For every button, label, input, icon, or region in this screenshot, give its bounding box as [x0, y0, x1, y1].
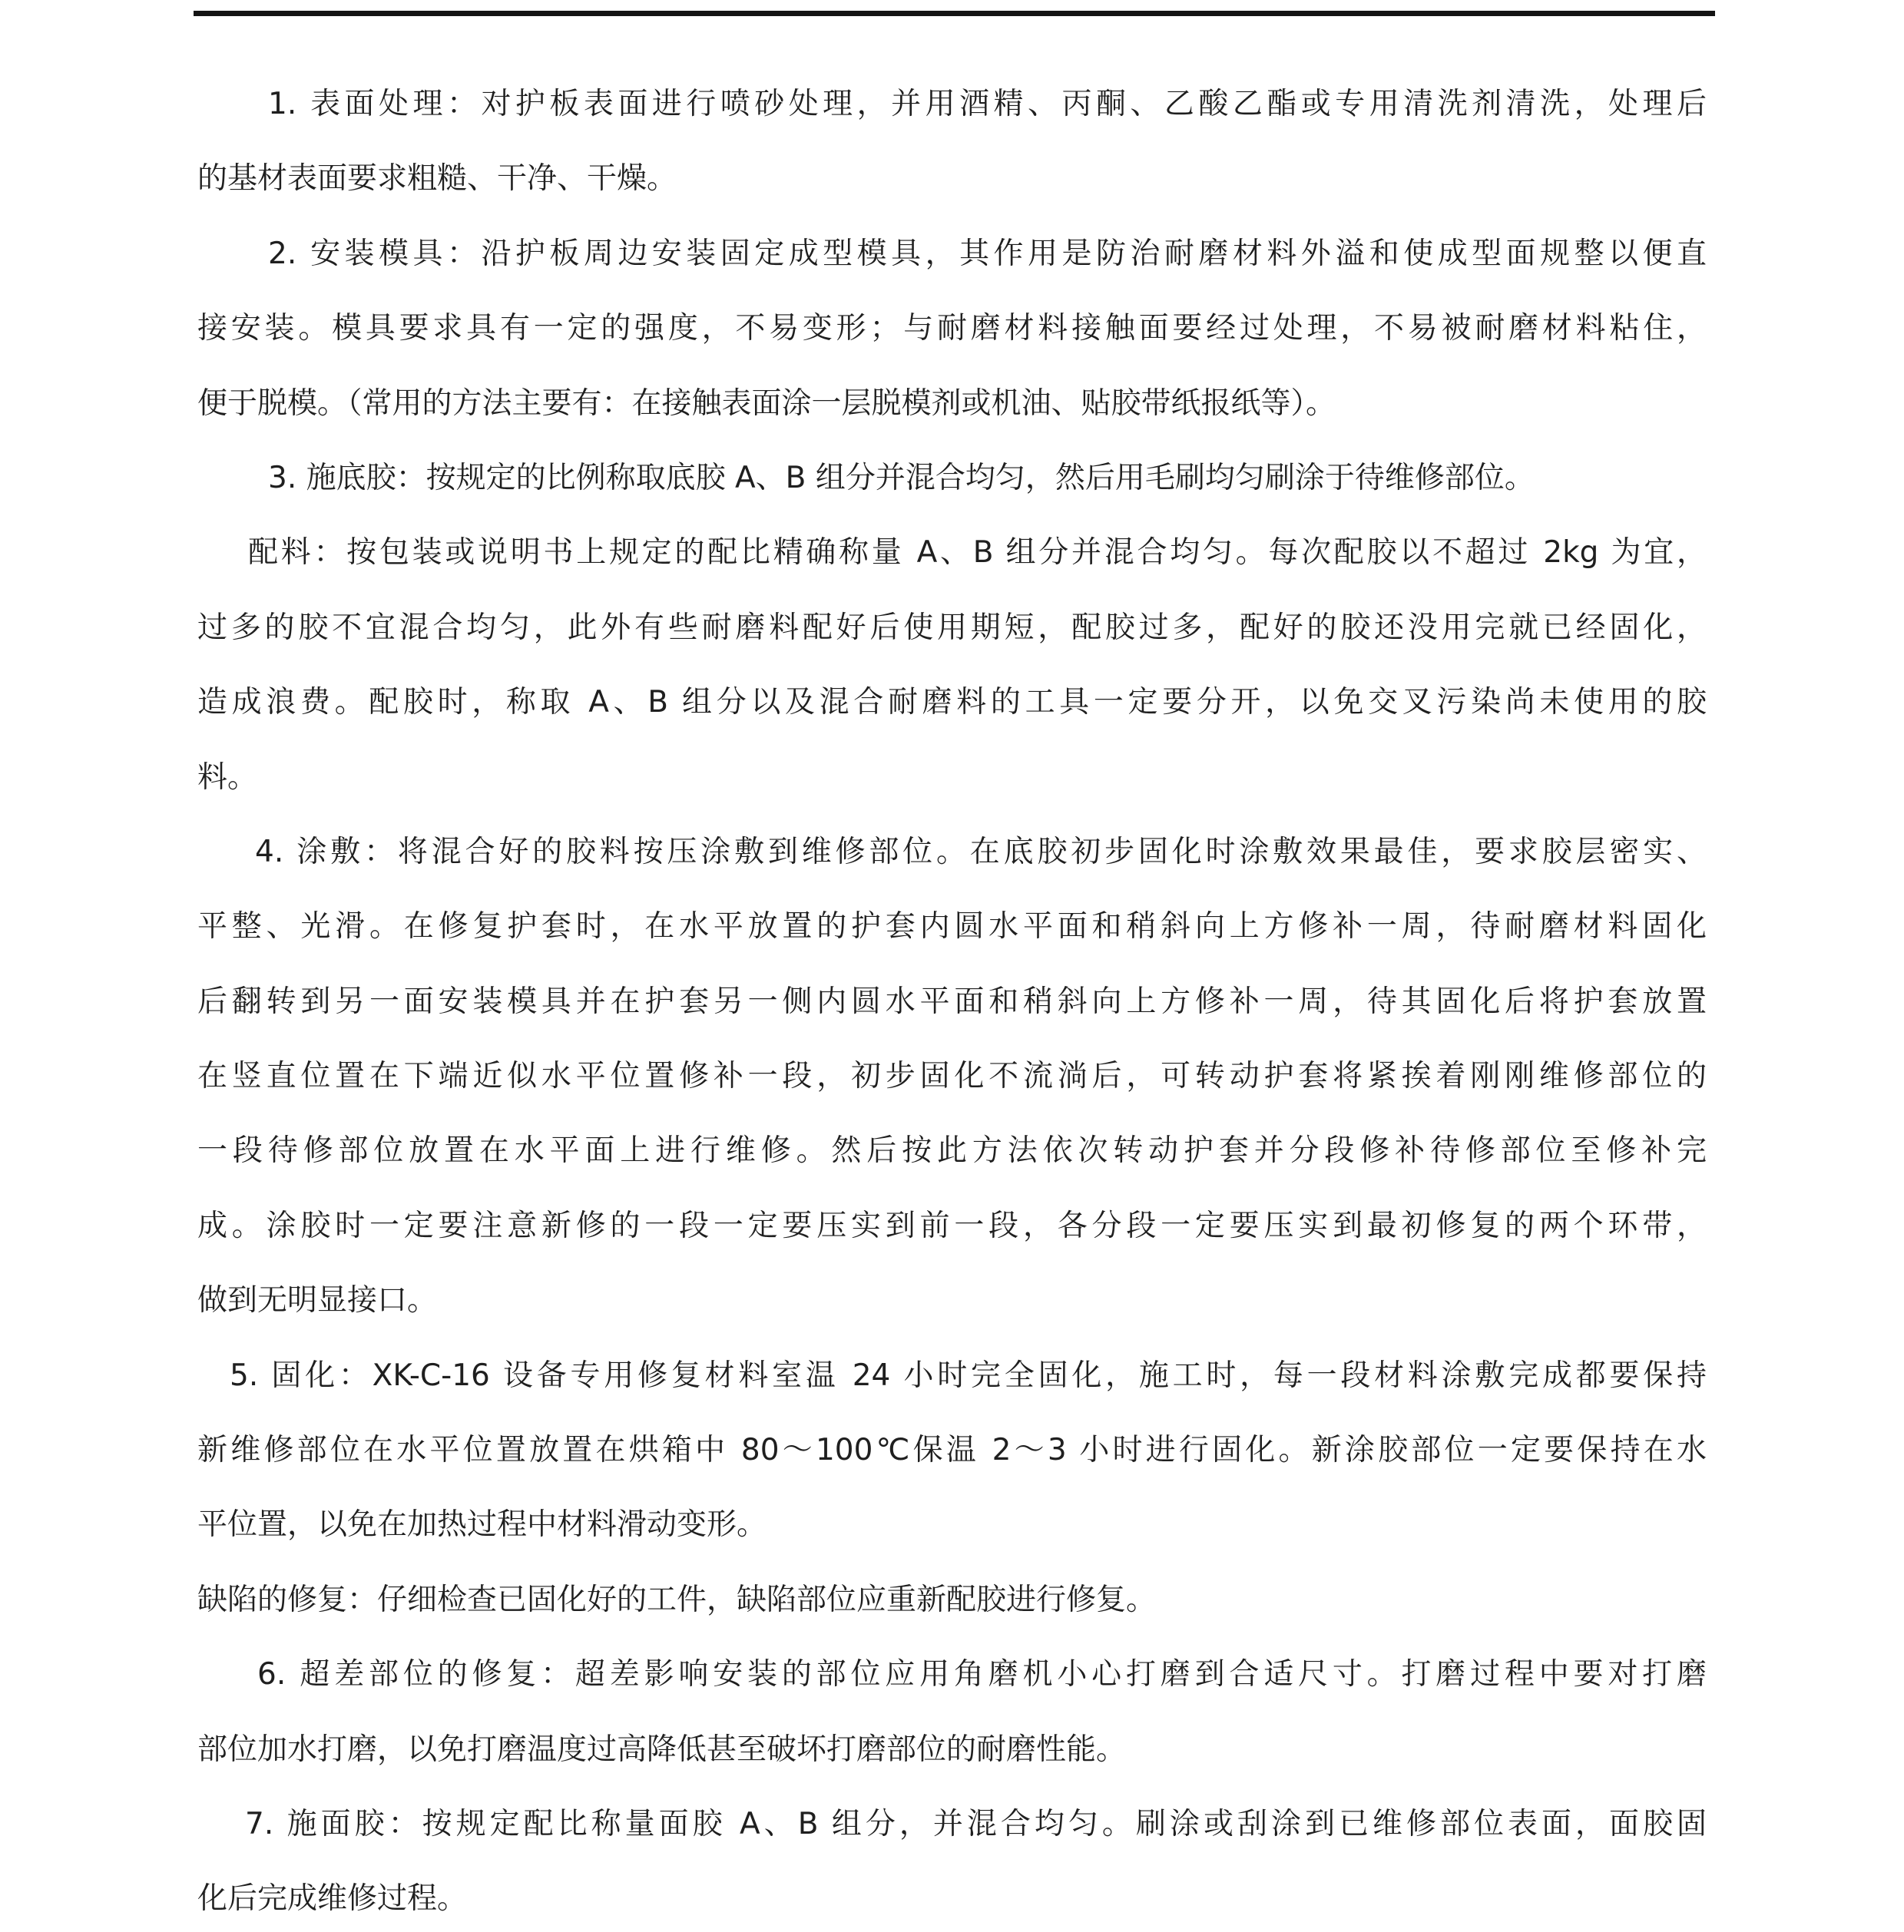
text-line: 成。涂胶时一定要注意新修的一段一定要压实到前一段，各分段一定要压实到最初修复的两…: [197, 1189, 1707, 1263]
text-line: 平整、光滑。在修复护套时，在水平放置的护套内圆水平面和稍斜向上方修补一周，待耐磨…: [197, 889, 1707, 964]
text-line: 在竖直位置在下端近似水平位置修补一段，初步固化不流淌后，可转动护套将紧挨着刚刚维…: [197, 1039, 1707, 1113]
text-line: 7. 施面胶：按规定配比称量面胶 A、B 组分，并混合均匀。刷涂或刮涂到已维修部…: [197, 1787, 1707, 1861]
text-line: 5. 固化：XK-C-16 设备专用修复材料室温 24 小时完全固化，施工时，每…: [197, 1338, 1707, 1413]
document-body: 1. 表面处理：对护板表面进行喷砂处理，并用酒精、丙酮、乙酸乙酯或专用清洗剂清洗…: [197, 67, 1707, 1932]
text-line: 6. 超差部位的修复：超差影响安装的部位应用角磨机小心打磨到合适尺寸。打磨过程中…: [197, 1637, 1707, 1712]
document-page: 1. 表面处理：对护板表面进行喷砂处理，并用酒精、丙酮、乙酸乙酯或专用清洗剂清洗…: [0, 0, 1904, 1932]
text-line: 3. 施底胶：按规定的比例称取底胶 A、B 组分并混合均匀，然后用毛刷均匀刷涂于…: [197, 441, 1707, 515]
text-line: 化后完成维修过程。: [197, 1861, 1707, 1932]
text-line: 的基材表面要求粗糙、干净、干燥。: [197, 141, 1707, 216]
text-line: 料。: [197, 740, 1707, 815]
text-line: 造成浪费。配胶时，称取 A、B 组分以及混合耐磨料的工具一定要分开，以免交叉污染…: [197, 665, 1707, 739]
text-line: 新维修部位在水平位置放置在烘箱中 80～100℃保温 2～3 小时进行固化。新涂…: [197, 1413, 1707, 1487]
text-line: 便于脱模。（常用的方法主要有：在接触表面涂一层脱模剂或机油、贴胶带纸报纸等）。: [197, 366, 1707, 441]
text-line: 部位加水打磨，以免打磨温度过高降低甚至破坏打磨部位的耐磨性能。: [197, 1712, 1707, 1787]
text-line: 一段待修部位放置在水平面上进行维修。然后按此方法依次转动护套并分段修补待修部位至…: [197, 1113, 1707, 1188]
text-line: 缺陷的修复：仔细检查已固化好的工件，缺陷部位应重新配胶进行修复。: [197, 1563, 1707, 1637]
text-line: 平位置，以免在加热过程中材料滑动变形。: [197, 1487, 1707, 1562]
text-line: 2. 安装模具：沿护板周边安装固定成型模具，其作用是防治耐磨材料外溢和使成型面规…: [197, 217, 1707, 291]
header-rule: [194, 11, 1715, 16]
text-line: 4. 涂敷：将混合好的胶料按压涂敷到维修部位。在底胶初步固化时涂敷效果最佳，要求…: [197, 815, 1707, 889]
text-line: 接安装。模具要求具有一定的强度，不易变形；与耐磨材料接触面要经过处理，不易被耐磨…: [197, 291, 1707, 366]
text-line: 1. 表面处理：对护板表面进行喷砂处理，并用酒精、丙酮、乙酸乙酯或专用清洗剂清洗…: [197, 67, 1707, 141]
text-line: 过多的胶不宜混合均匀，此外有些耐磨料配好后使用期短，配胶过多，配好的胶还没用完就…: [197, 591, 1707, 665]
text-line: 配料：按包装或说明书上规定的配比精确称量 A、B 组分并混合均匀。每次配胶以不超…: [197, 515, 1707, 590]
text-line: 后翻转到另一面安装模具并在护套另一侧内圆水平面和稍斜向上方修补一周，待其固化后将…: [197, 964, 1707, 1039]
text-line: 做到无明显接口。: [197, 1263, 1707, 1338]
